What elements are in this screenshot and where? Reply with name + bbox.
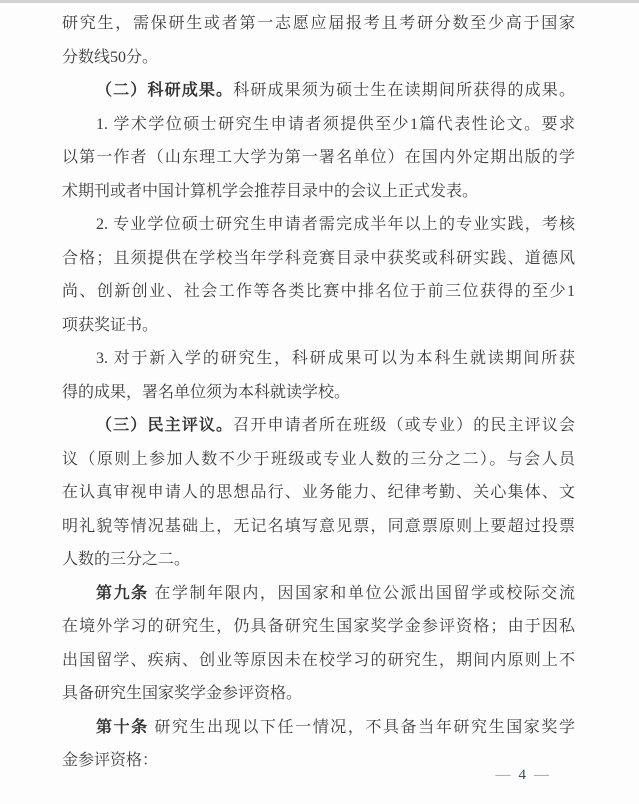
line-text: 分数线50分。 [62, 49, 158, 66]
page-footer: —4— [496, 766, 551, 784]
line-text: 研究生，需保研生或者第一志愿应届报考且考研分数至少高于国家 [62, 15, 575, 32]
line-bold-lead: 第九条 [96, 585, 149, 602]
page-top-edge [0, 0, 639, 3]
line-text: 得的成果，署名单位须为本科就读学校。 [62, 384, 350, 401]
line-text: 明礼貌等情况基础上，无记名填写意见票，同意票原则上要超过投票 [62, 518, 575, 535]
document-line: 分数线50分。 [62, 41, 575, 75]
line-bold-lead: （三）民主评议。 [96, 417, 233, 434]
line-text: 科研成果须为硕士生在读期间所获得的成果。 [233, 82, 575, 99]
document-line: 项获奖证书。 [62, 309, 575, 343]
footer-dash-left: — [496, 767, 512, 783]
line-text: 在境外学习的研究生，仍具备研究生国家奖学金参评资格；由于因私 [62, 618, 575, 635]
footer-dash-right: — [534, 767, 550, 783]
line-bold-lead: （二）科研成果。 [96, 82, 233, 99]
document-line: 以第一作者（山东理工大学为第一署名单位）在国内外定期出版的学 [62, 141, 575, 175]
document-line: 术期刊或者中国计算机学会推荐目录中的会议上正式发表。 [62, 175, 575, 209]
document-line: （二）科研成果。科研成果须为硕士生在读期间所获得的成果。 [62, 74, 575, 108]
document-line: 第十条 研究生出现以下任一情况，不具备当年研究生国家奖学 [62, 711, 575, 745]
document-line: 3. 对于新入学的研究生，科研成果可以为本科生就读期间所获 [62, 342, 575, 376]
line-text: 3. 对于新入学的研究生，科研成果可以为本科生就读期间所获 [96, 350, 575, 367]
document-line: 出国留学、疾病、创业等原因未在校学习的研究生，期间内原则上不 [62, 644, 575, 678]
document-line: 在认真审视申请人的思想品行、业务能力、纪律考勤、关心集体、文 [62, 476, 575, 510]
document-line: 研究生，需保研生或者第一志愿应届报考且考研分数至少高于国家 [62, 7, 575, 41]
document-line: 尚、创新创业、社会工作等各类比赛中排名位于前三位获得的至少1 [62, 275, 575, 309]
line-text: 召开申请者所在班级（或专业）的民主评议会 [233, 417, 575, 434]
document-line: 第九条 在学制年限内，因国家和单位公派出国留学或校际交流 [62, 577, 575, 611]
line-text: 研究生出现以下任一情况，不具备当年研究生国家奖学 [149, 719, 575, 736]
document-line: 得的成果，署名单位须为本科就读学校。 [62, 376, 575, 410]
document-line: 1. 学术学位硕士研究生申请者须提供至少1篇代表性论文。要求 [62, 108, 575, 142]
document-line: （三）民主评议。召开申请者所在班级（或专业）的民主评议会 [62, 409, 575, 443]
line-text: 在认真审视申请人的思想品行、业务能力、纪律考勤、关心集体、文 [62, 484, 575, 501]
line-text: 以第一作者（山东理工大学为第一署名单位）在国内外定期出版的学 [62, 149, 575, 166]
line-text: 在学制年限内，因国家和单位公派出国留学或校际交流 [149, 585, 575, 602]
line-text: 术期刊或者中国计算机学会推荐目录中的会议上正式发表。 [62, 183, 478, 200]
line-text: 2. 专业学位硕士研究生申请者需完成半年以上的专业实践，考核 [96, 216, 575, 233]
document-line: 具备研究生国家奖学金参评资格。 [62, 677, 575, 711]
line-text: 尚、创新创业、社会工作等各类比赛中排名位于前三位获得的至少1 [62, 283, 575, 300]
line-text: 人数的三分之二。 [62, 551, 190, 568]
line-text: 议（原则上参加人数不少于班级或专业人数的三分之二）。与会人员 [62, 451, 575, 468]
line-text: 合格；且须提供在学校当年学科竞赛目录中获奖或科研实践、道德风 [62, 250, 575, 267]
page-number: 4 [512, 767, 535, 783]
document-page: 研究生，需保研生或者第一志愿应届报考且考研分数至少高于国家分数线50分。（二）科… [0, 0, 639, 804]
line-text: 出国留学、疾病、创业等原因未在校学习的研究生，期间内原则上不 [62, 652, 575, 669]
document-line: 合格；且须提供在学校当年学科竞赛目录中获奖或科研实践、道德风 [62, 242, 575, 276]
document-body: 研究生，需保研生或者第一志愿应届报考且考研分数至少高于国家分数线50分。（二）科… [62, 7, 575, 778]
line-bold-lead: 第十条 [96, 719, 149, 736]
document-line: 人数的三分之二。 [62, 543, 575, 577]
document-line: 在境外学习的研究生，仍具备研究生国家奖学金参评资格；由于因私 [62, 610, 575, 644]
line-text: 项获奖证书。 [62, 317, 158, 334]
document-line: 明礼貌等情况基础上，无记名填写意见票，同意票原则上要超过投票 [62, 510, 575, 544]
line-text: 金参评资格： [62, 752, 158, 769]
document-line: 2. 专业学位硕士研究生申请者需完成半年以上的专业实践，考核 [62, 208, 575, 242]
document-line: 议（原则上参加人数不少于班级或专业人数的三分之二）。与会人员 [62, 443, 575, 477]
line-text: 具备研究生国家奖学金参评资格。 [62, 685, 302, 702]
line-text: 1. 学术学位硕士研究生申请者须提供至少1篇代表性论文。要求 [96, 116, 575, 133]
